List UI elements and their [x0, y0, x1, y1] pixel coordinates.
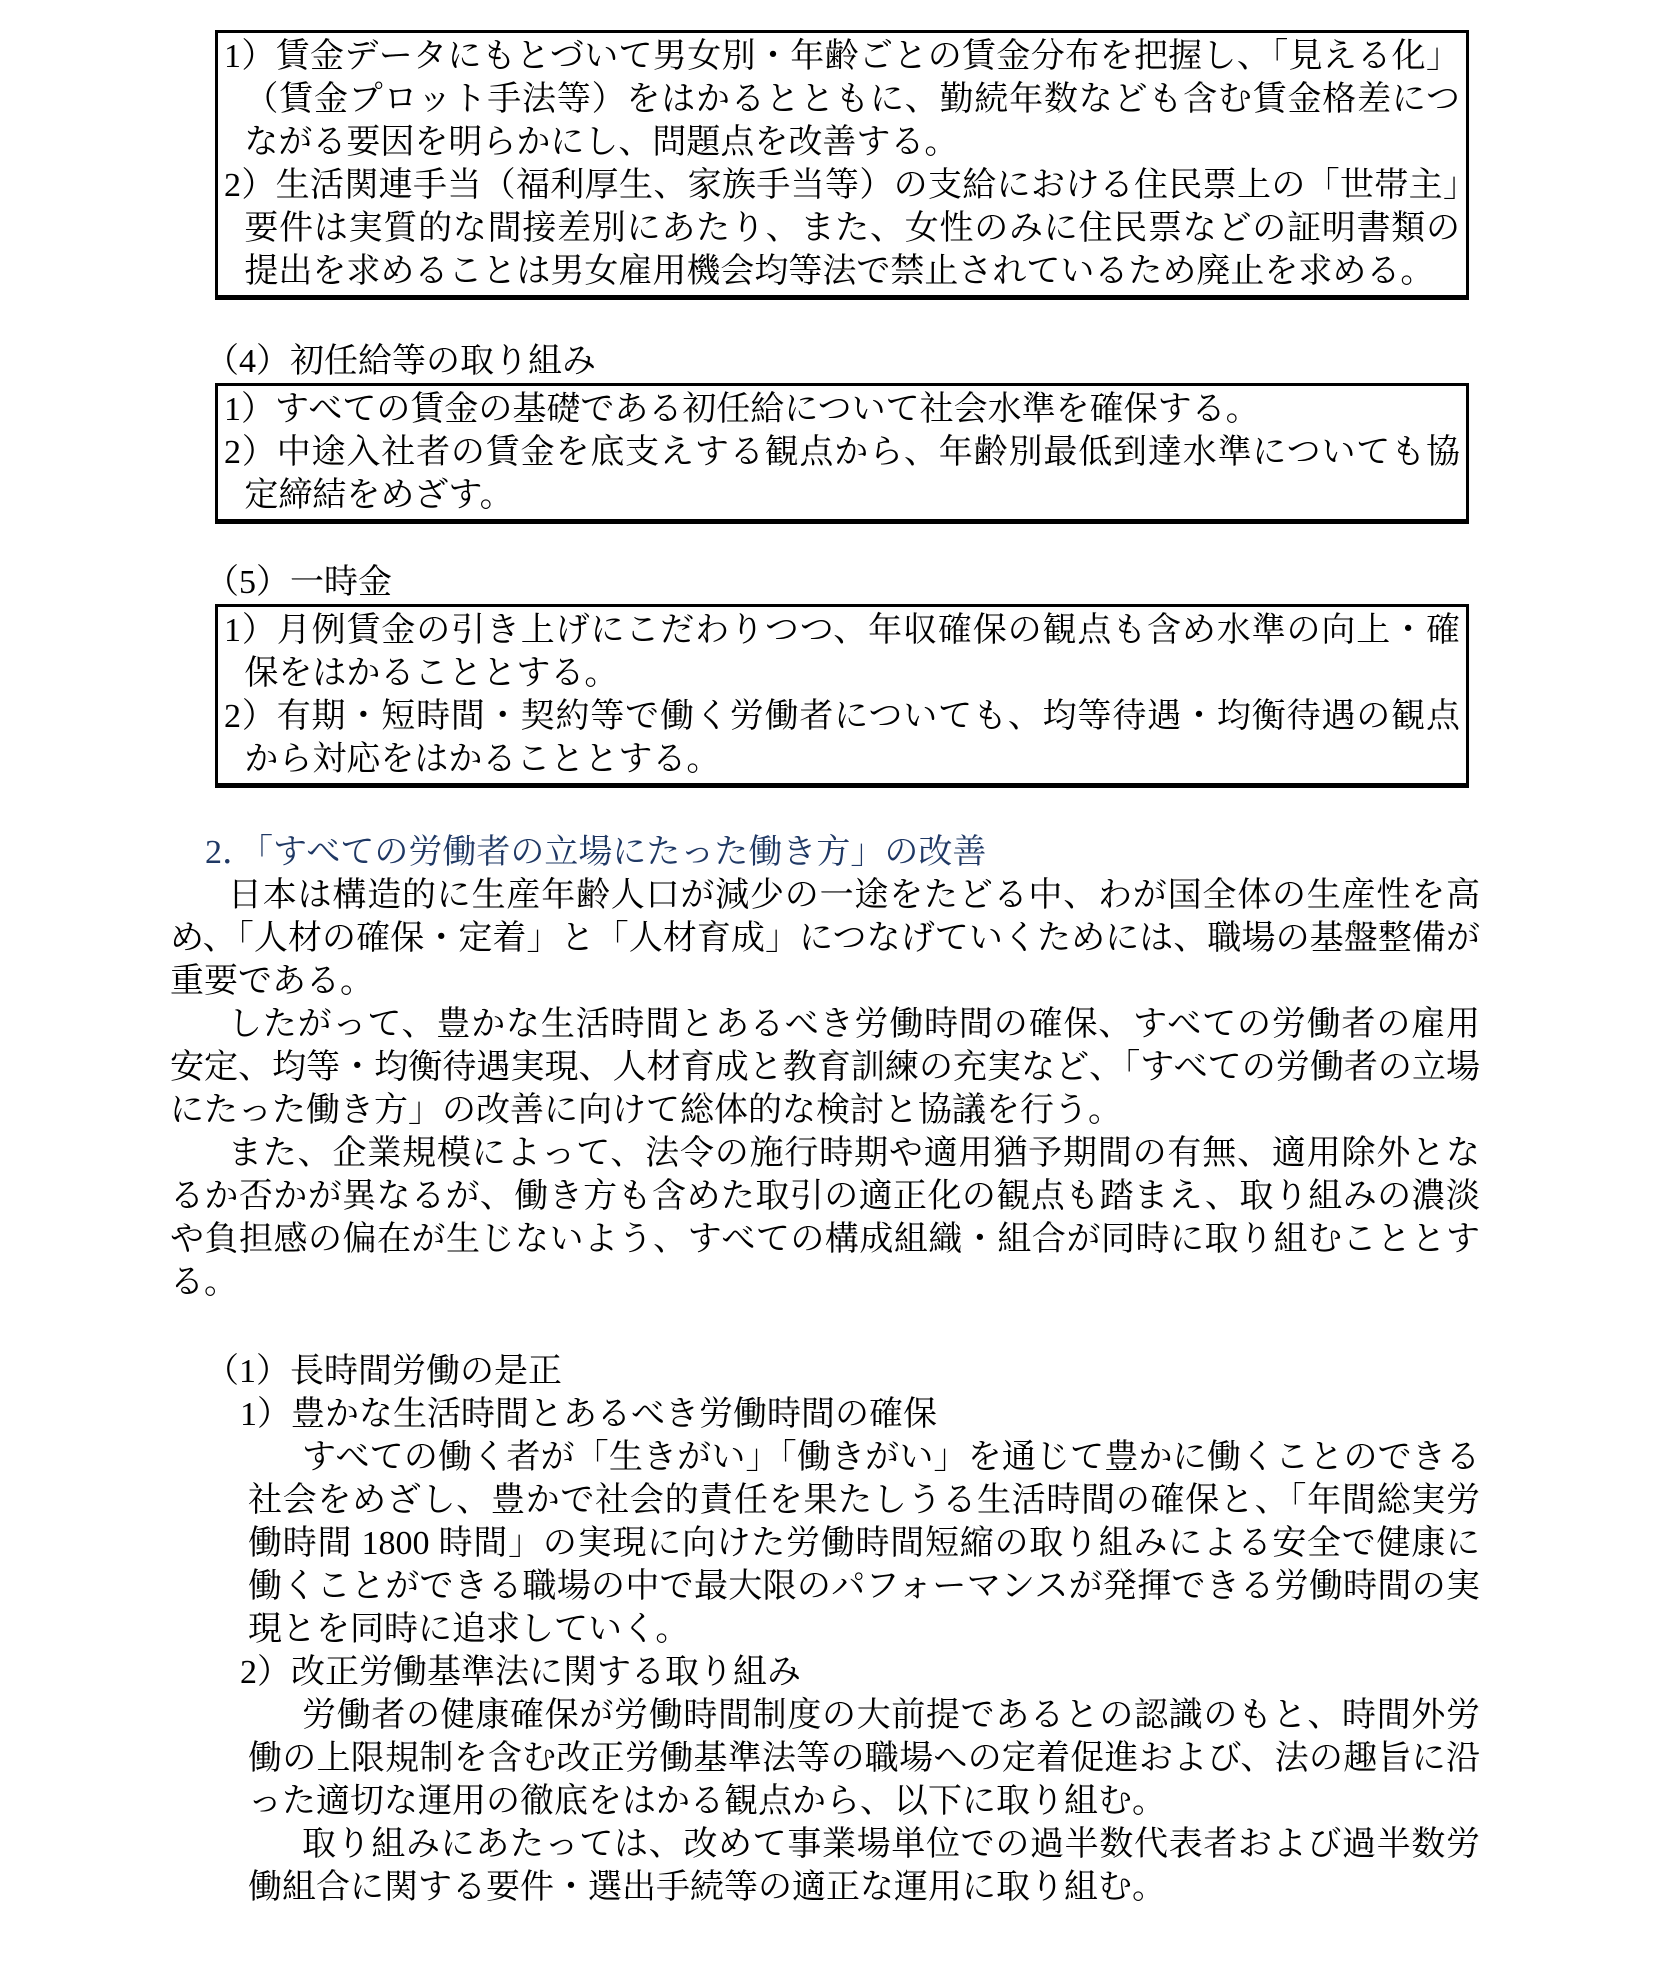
shoninkyu-box-item-2: 2）中途入社者の賃金を底支えする観点から、年齢別最低到達水準についても協定締結を… [224, 431, 1460, 517]
ichijikin-box-item-2: 2）有期・短時間・契約等で働く労働者についても、均等待遇・均衡待遇の観点から対応… [224, 695, 1460, 781]
body-paragraph-2: したがって、豊かな生活時間とあるべき労働時間の確保、すべての労働者の雇用安定、均… [170, 1003, 1480, 1132]
wage-gap-box-item-2: 2）生活関連手当（福利厚生、家族手当等）の支給における住民票上の「世帯主」要件は… [224, 164, 1460, 293]
chapter-heading-2: 2．「すべての労働者の立場にたった働き方」の改善 [205, 831, 1654, 874]
section-heading-shoninkyu: （4）初任給等の取り組み [205, 340, 1654, 383]
body-paragraph-3: また、企業規模によって、法令の施行時期や適用猶予期間の有無、適用除外となるか否か… [170, 1132, 1480, 1304]
wage-gap-box: 1）賃金データにもとづいて男女別・年齢ごとの賃金分布を把握し、「見える化」（賃金… [215, 30, 1469, 300]
shoninkyu-box-item-1: 1）すべての賃金の基礎である初任給について社会水準を確保する。 [224, 388, 1460, 431]
document-page: 1）賃金データにもとづいて男女別・年齢ごとの賃金分布を把握し、「見える化」（賃金… [0, 0, 1654, 1977]
shoninkyu-box: 1）すべての賃金の基礎である初任給について社会水準を確保する。 2）中途入社者の… [215, 383, 1469, 524]
section-heading-choujikan: （1）長時間労働の是正 [205, 1350, 1654, 1393]
subsection-1-paragraph: すべての働く者が「生きがい」「働きがい」を通じて豊かに働くことのできる社会をめざ… [248, 1436, 1480, 1651]
ichijikin-box-item-1: 1）月例賃金の引き上げにこだわりつつ、年収確保の観点も含め水準の向上・確保をはか… [224, 609, 1460, 695]
subsection-2-paragraph-2: 取り組みにあたっては、改めて事業場単位での過半数代表者および過半数労働組合に関す… [248, 1823, 1480, 1909]
subsection-heading-2: 2）改正労働基準法に関する取り組み [240, 1651, 1654, 1694]
subsection-heading-1: 1）豊かな生活時間とあるべき労働時間の確保 [240, 1393, 1654, 1436]
section-heading-ichijikin: （5）一時金 [205, 561, 1654, 604]
subsection-2-paragraph-1: 労働者の健康確保が労働時間制度の大前提であるとの認識のもと、時間外労働の上限規制… [248, 1694, 1480, 1823]
ichijikin-box: 1）月例賃金の引き上げにこだわりつつ、年収確保の観点も含め水準の向上・確保をはか… [215, 604, 1469, 788]
body-paragraph-1: 日本は構造的に生産年齢人口が減少の一途をたどる中、わが国全体の生産性を高め、「人… [170, 874, 1480, 1003]
wage-gap-box-item-1: 1）賃金データにもとづいて男女別・年齢ごとの賃金分布を把握し、「見える化」（賃金… [224, 35, 1460, 164]
